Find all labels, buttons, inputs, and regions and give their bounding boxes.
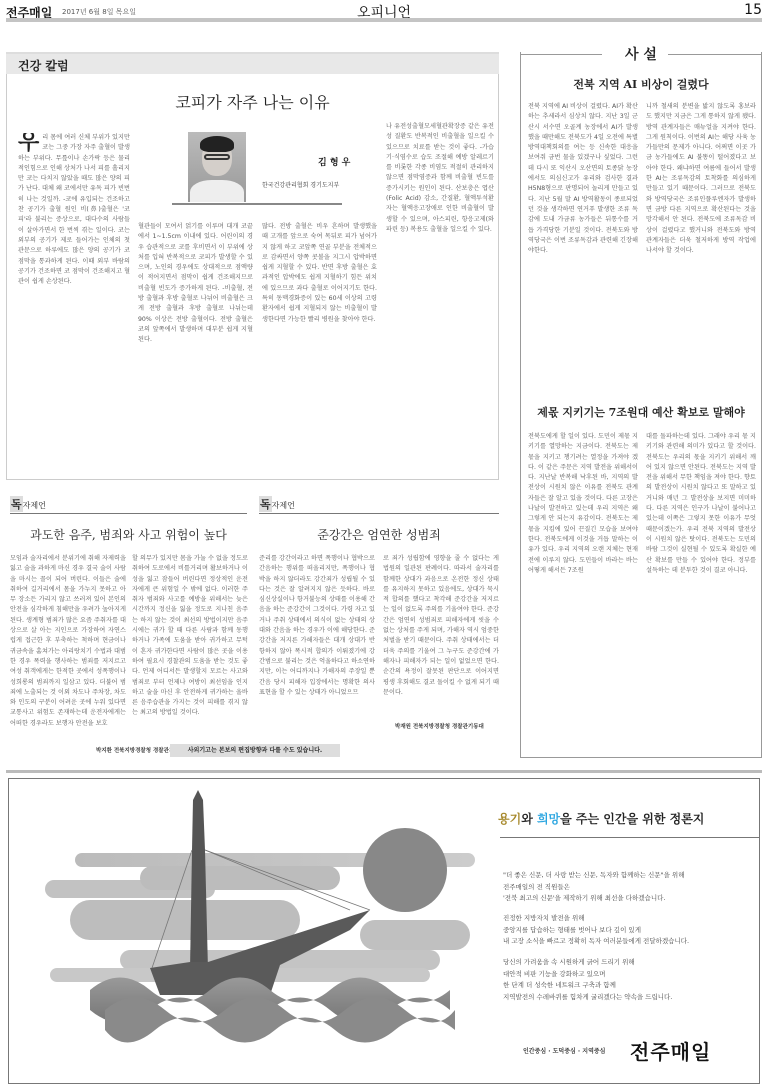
photo-rule: [172, 203, 342, 205]
header-rule: [6, 18, 762, 22]
author-name: 김 형 우: [318, 155, 350, 168]
health-column-header: 건강 칼럼: [6, 52, 499, 74]
reader-right-text-2: 로 죄가 성립함에 영향을 줄 수 없다는 게 법원의 일관된 판례이다. 따라…: [383, 554, 499, 718]
editorial-1-text-2: 니까 철새의 분변을 밟지 않도록 홍보라도 했지만 지금은 그게 통하지 않게…: [646, 102, 756, 392]
editorial-2-text-2: 대를 돌파하는데 있다. 그래야 우리 몫 지키기와 관련해 의미가 있다고 할…: [646, 432, 756, 752]
reader-letter-label-right: 독자제언: [259, 496, 295, 512]
reader-right-signature: 박재원 전북지방경찰청 경찰관기동대: [395, 722, 484, 730]
section-divider: [6, 770, 762, 773]
reader-left-text-1: 모임과 술자리에서 분위기에 취해 자제력을 잃고 술을 과하게 마신 경우 결…: [10, 554, 126, 754]
ad-slogan: 인간중심 · 도덕중심 · 지역중심: [523, 1046, 605, 1055]
reader-letter-title-right: 준강간은 엄연한 성범죄: [259, 526, 499, 543]
editorial-label: 사 설: [520, 44, 762, 64]
ad-paragraph-2: 진정한 지방자치 발전을 위해 중앙지를 답습하는 형태를 벗어나 보다 깊이 …: [503, 913, 689, 948]
ad-headline: 용기와 희망을 주는 인간을 위한 정론지: [498, 810, 704, 827]
page-number: 15: [744, 2, 762, 18]
health-column-text-1: 우리 몸에 여러 신체 부위가 있지만 코는 그중 가장 자주 출혈이 발생하는…: [18, 133, 130, 473]
editorial-title-2: 제몫 지키기는 7조원대 예산 확보로 말해야: [520, 404, 762, 420]
editorial-2-text-1: 전북도에게 할 일이 있다. 도민이 제몫 지키기를 열망하는 지금이다. 전북…: [528, 432, 638, 752]
health-column-text-4: 나 유전성출혈모세혈관확장증 같은 유전성 질환도 반복적인 비출혈을 일으킬 …: [386, 122, 494, 474]
health-column-text-3: 많다. 전방 출혈은 비우 흔하며 발생했을 때 고개를 앞으로 숙여 목뒤로 …: [262, 222, 377, 474]
health-column-label: 건강 칼럼: [18, 57, 69, 74]
author-photo: [188, 132, 246, 202]
author-organization: 한국건강관리협회 경기도지부: [262, 180, 339, 189]
newspaper-logo: 전주매일: [630, 1036, 711, 1065]
ad-paragraph-1: "더 좋은 신문, 더 사랑 받는 신문, 독자와 함께하는 신문"을 위해 전…: [503, 870, 684, 905]
reader-letter-title-left: 과도한 음주, 범죄와 사고 위험이 높다: [10, 526, 247, 543]
health-column-title: 코피가 자주 나는 이유: [6, 90, 499, 113]
reader-left-text-2: 할 의무가 있지만 몸을 가눌 수 없을 정도로 취하여 도로에서 비틀거리며 …: [132, 554, 248, 738]
health-column-text-2: 혈관들이 모여서 얽기를 이루며 대개 코끝에서 1~1.5cm 이내에 있다.…: [138, 222, 253, 474]
editorial-title-1: 전북 지역 AI 비상이 걸렸다: [520, 76, 762, 92]
reader-letter-label-left: 독자제언: [10, 496, 46, 512]
pen-ship-illustration-icon: [30, 790, 480, 1050]
drop-cap: 우: [18, 133, 39, 153]
editorial-disclaimer: 사외기고는 본보의 편집방향과 다를 수도 있습니다.: [170, 744, 340, 757]
reader-right-text-1: 준리를 강간이라고 하면 폭행이나 협박으로 간음하는 행위를 떠올리지만, 폭…: [259, 554, 375, 718]
ad-paragraph-3: 당신의 가려움을 속 시원하게 긁어 드리기 위해 대안적 비판 기능을 강화하…: [503, 957, 672, 1003]
editorial-1-text-1: 전북 지역에 AI 비상이 걸렸다. AI가 확산하는 추세라서 심상치 않다.…: [528, 102, 638, 392]
